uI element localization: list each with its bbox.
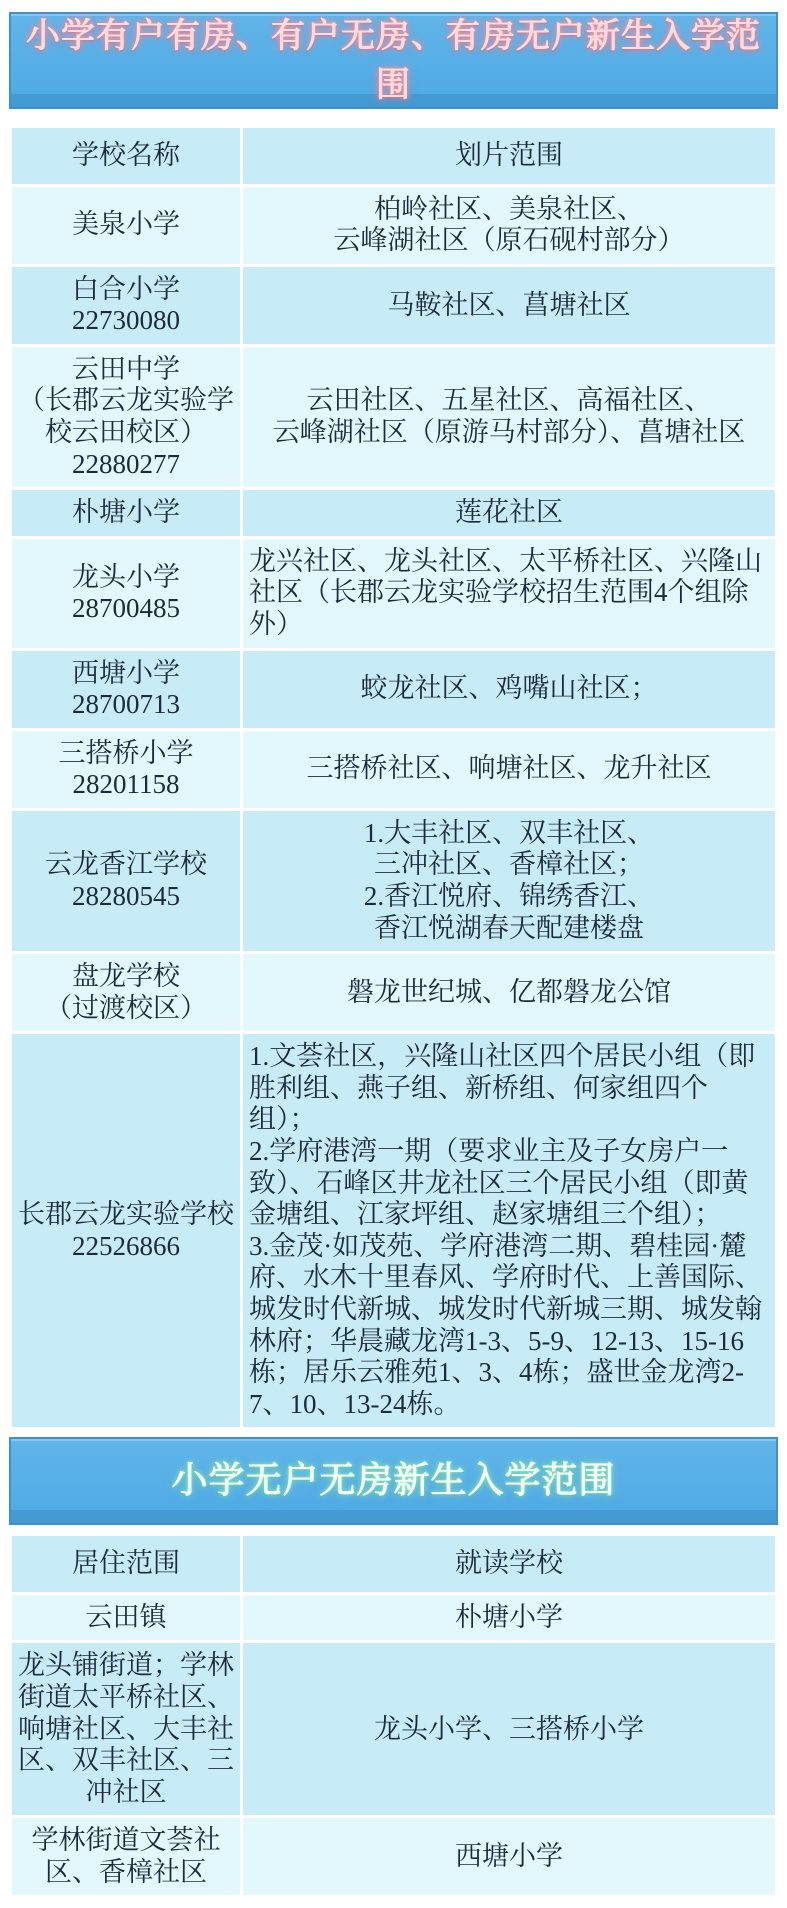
page: 小学有户有房、有户无房、有房无户新生入学范围 学校名称 划片范围 美泉小学 柏岭… xyxy=(0,0,787,1908)
primary-banner-title: 小学有户有房、有户无房、有房无户新生入学范围 xyxy=(11,8,776,114)
attending-school-header: 就读学校 xyxy=(243,1536,775,1592)
table-row: 龙头小学 28700485 龙兴社区、龙头社区、太平桥社区、兴隆山社区（长郡云龙… xyxy=(12,539,775,648)
table-row: 云田中学 （长郡云龙实验学校云田校区） 22880277 云田社区、五星社区、高… xyxy=(12,347,775,487)
table-row: 学林街道文荟社区、香樟社区 西塘小学 xyxy=(12,1818,775,1895)
table-row: 朴塘小学 莲花社区 xyxy=(12,490,775,536)
zone-range-cell: 1.文荟社区，兴隆山社区四个居民小组（即胜利组、燕子组、新桥组、何家组四个组）；… xyxy=(243,1034,775,1427)
zone-range-cell: 三搭桥社区、响塘社区、龙升社区 xyxy=(243,731,775,808)
zone-range-cell: 莲花社区 xyxy=(243,490,775,536)
school-name-cell: 长郡云龙实验学校 22526866 xyxy=(12,1034,240,1427)
school-name-header: 学校名称 xyxy=(12,128,240,184)
zone-range-cell: 柏岭社区、美泉社区、 云峰湖社区（原石砚村部分） xyxy=(243,187,775,264)
attending-school-cell: 朴塘小学 xyxy=(243,1595,775,1641)
residence-range-cell: 龙头铺街道；学林街道太平桥社区、响塘社区、大丰社区、双丰社区、三冲社区 xyxy=(12,1643,240,1815)
zone-range-cell: 蛟龙社区、鸡嘴山社区； xyxy=(243,651,775,728)
zone-range-cell: 云田社区、五星社区、高福社区、 云峰湖社区（原游马村部分）、菖塘社区 xyxy=(243,347,775,487)
table-row: 盘龙学校 （过渡校区） 磐龙世纪城、亿都磐龙公馆 xyxy=(12,954,775,1031)
no-registration-table: 居住范围 就读学校 云田镇 朴塘小学 龙头铺街道；学林街道太平桥社区、响塘社区、… xyxy=(9,1533,778,1898)
residence-range-header: 居住范围 xyxy=(12,1536,240,1592)
table-row: 云龙香江学校 28280545 1.大丰社区、双丰社区、 三冲社区、香樟社区； … xyxy=(12,811,775,951)
primary-banner: 小学有户有房、有户无房、有房无户新生入学范围 xyxy=(9,12,778,109)
secondary-banner: 小学无户无房新生入学范围 xyxy=(9,1437,778,1525)
school-name-cell: 美泉小学 xyxy=(12,187,240,264)
residence-range-cell: 云田镇 xyxy=(12,1595,240,1641)
zone-range-cell: 磐龙世纪城、亿都磐龙公馆 xyxy=(243,954,775,1031)
zone-range-cell: 1.大丰社区、双丰社区、 三冲社区、香樟社区； 2.香江悦府、锦绣香江、 香江悦… xyxy=(243,811,775,951)
enrollment-zoning-table: 学校名称 划片范围 美泉小学 柏岭社区、美泉社区、 云峰湖社区（原石砚村部分） … xyxy=(9,125,778,1430)
school-name-cell: 西塘小学 28700713 xyxy=(12,651,240,728)
zone-range-cell: 龙兴社区、龙头社区、太平桥社区、兴隆山社区（长郡云龙实验学校招生范围4个组除外） xyxy=(243,539,775,648)
attending-school-cell: 龙头小学、三搭桥小学 xyxy=(243,1643,775,1815)
zone-range-cell: 马鞍社区、菖塘社区 xyxy=(243,267,775,344)
table-header-row: 学校名称 划片范围 xyxy=(12,128,775,184)
table-row: 西塘小学 28700713 蛟龙社区、鸡嘴山社区； xyxy=(12,651,775,728)
table-header-row: 居住范围 就读学校 xyxy=(12,1536,775,1592)
school-name-cell: 朴塘小学 xyxy=(12,490,240,536)
school-name-cell: 盘龙学校 （过渡校区） xyxy=(12,954,240,1031)
school-name-cell: 云田中学 （长郡云龙实验学校云田校区） 22880277 xyxy=(12,347,240,487)
attending-school-cell: 西塘小学 xyxy=(243,1818,775,1895)
table-row: 龙头铺街道；学林街道太平桥社区、响塘社区、大丰社区、双丰社区、三冲社区 龙头小学… xyxy=(12,1643,775,1815)
table-row: 白合小学 22730080 马鞍社区、菖塘社区 xyxy=(12,267,775,344)
school-name-cell: 三搭桥小学 28201158 xyxy=(12,731,240,808)
secondary-banner-title: 小学无户无房新生入学范围 xyxy=(171,1452,615,1511)
table-row: 三搭桥小学 28201158 三搭桥社区、响塘社区、龙升社区 xyxy=(12,731,775,808)
school-name-cell: 龙头小学 28700485 xyxy=(12,539,240,648)
school-name-cell: 云龙香江学校 28280545 xyxy=(12,811,240,951)
zone-range-header: 划片范围 xyxy=(243,128,775,184)
table-row: 美泉小学 柏岭社区、美泉社区、 云峰湖社区（原石砚村部分） xyxy=(12,187,775,264)
school-name-cell: 白合小学 22730080 xyxy=(12,267,240,344)
residence-range-cell: 学林街道文荟社区、香樟社区 xyxy=(12,1818,240,1895)
table-row: 长郡云龙实验学校 22526866 1.文荟社区，兴隆山社区四个居民小组（即胜利… xyxy=(12,1034,775,1427)
table-row: 云田镇 朴塘小学 xyxy=(12,1595,775,1641)
